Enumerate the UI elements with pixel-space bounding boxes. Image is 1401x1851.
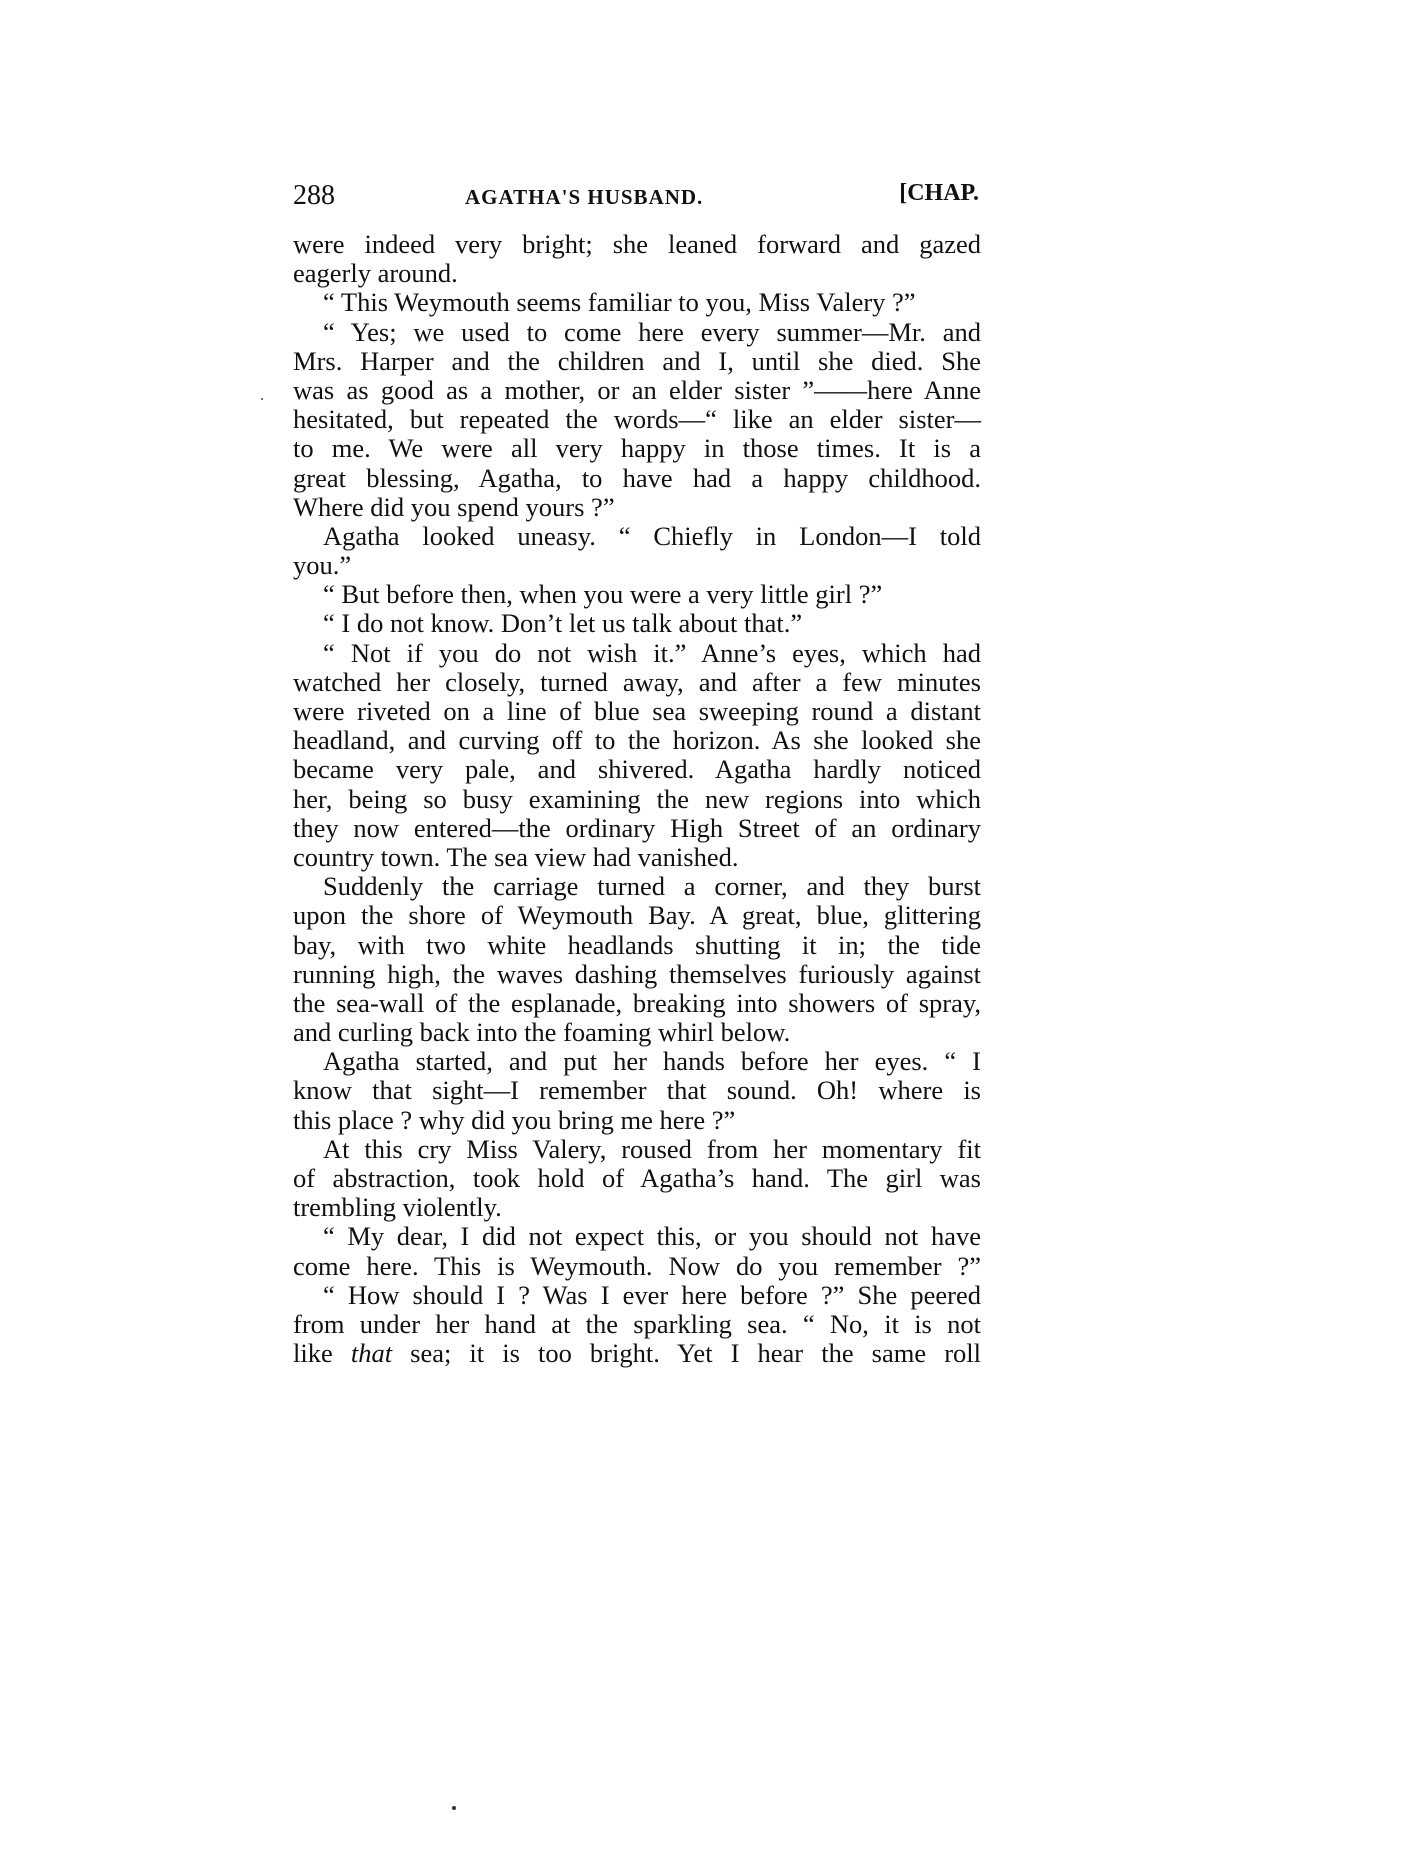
text-line: great blessing, Agatha, to have had a ha… (293, 464, 981, 493)
text-line: and curling back into the foaming whirl … (293, 1018, 981, 1047)
text-line: “ My dear, I did not expect this, or you… (293, 1222, 981, 1251)
text-line: Mrs. Harper and the children and I, unti… (293, 347, 981, 376)
text-line: to me. We were all very happy in those t… (293, 434, 981, 463)
margin-speck (261, 398, 263, 400)
text-line: like that sea; it is too bright. Yet I h… (293, 1339, 981, 1368)
text-line: eagerly around. (293, 259, 981, 288)
text-line: “ I do not know. Don’t let us talk about… (293, 609, 981, 638)
chapter-mark: [CHAP. (899, 180, 979, 207)
text-line: trembling violently. (293, 1193, 981, 1222)
text-line: hesitated, but repeated the words—“ like… (293, 405, 981, 434)
text-line: they now entered—the ordinary High Stree… (293, 814, 981, 843)
text-line: “ This Weymouth seems familiar to you, M… (293, 288, 981, 317)
text-line: At this cry Miss Valery, roused from her… (293, 1135, 981, 1164)
text-line: were indeed very bright; she leaned forw… (293, 230, 981, 259)
text-line: Suddenly the carriage turned a corner, a… (293, 872, 981, 901)
text-line: watched her closely, turned away, and af… (293, 668, 981, 697)
text-line: upon the shore of Weymouth Bay. A great,… (293, 901, 981, 930)
text-line: from under her hand at the sparkling sea… (293, 1310, 981, 1339)
text-line: became very pale, and shivered. Agatha h… (293, 755, 981, 784)
text-line: of abstraction, took hold of Agatha’s ha… (293, 1164, 981, 1193)
text-line: you.” (293, 551, 981, 580)
text-line: Agatha started, and put her hands before… (293, 1047, 981, 1076)
book-page: 288 AGATHA'S HUSBAND. [CHAP. were indeed… (293, 170, 981, 1368)
text-line: were riveted on a line of blue sea sweep… (293, 697, 981, 726)
text-line: the sea-wall of the esplanade, breaking … (293, 989, 981, 1018)
text-line: was as good as a mother, or an elder sis… (293, 376, 981, 405)
text-line: “ Yes; we used to come here every summer… (293, 318, 981, 347)
text-line: country town. The sea view had vanished. (293, 843, 981, 872)
footer-dot (452, 1806, 456, 1810)
text-line: know that sight—I remember that sound. O… (293, 1076, 981, 1105)
running-title: AGATHA'S HUSBAND. (465, 185, 703, 210)
body-text: were indeed very bright; she leaned forw… (293, 230, 981, 1368)
text-line: bay, with two white headlands shutting i… (293, 931, 981, 960)
text-line: running high, the waves dashing themselv… (293, 960, 981, 989)
text-line: come here. This is Weymouth. Now do you … (293, 1252, 981, 1281)
text-line: her, being so busy examining the new reg… (293, 785, 981, 814)
text-line: headland, and curving off to the horizon… (293, 726, 981, 755)
text-line: “ Not if you do not wish it.” Anne’s eye… (293, 639, 981, 668)
text-line: Agatha looked uneasy. “ Chiefly in Londo… (293, 522, 981, 551)
page-number: 288 (293, 180, 335, 212)
text-line: this place ? why did you bring me here ?… (293, 1106, 981, 1135)
text-line: Where did you spend yours ?” (293, 493, 981, 522)
text-line: “ But before then, when you were a very … (293, 580, 981, 609)
text-line: “ How should I ? Was I ever here before … (293, 1281, 981, 1310)
page-header: 288 AGATHA'S HUSBAND. [CHAP. (293, 170, 981, 230)
